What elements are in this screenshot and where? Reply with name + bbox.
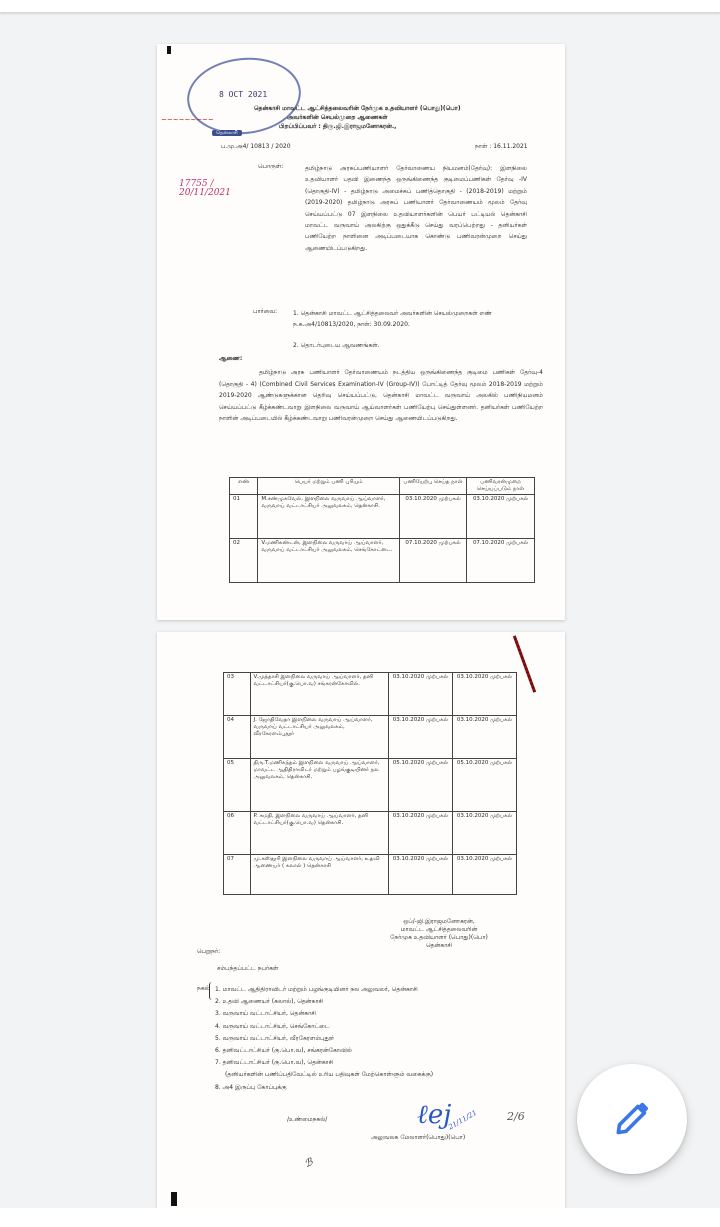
- row-name: V.முத்தாசி இளநிலை வருவாய் ஆய்வாளர், தனி …: [250, 673, 388, 716]
- copy-item: 7. தனிவட்டாட்சியர் (கு.பொ.வ), தென்காசி: [215, 1057, 433, 1069]
- copy-item: 1. மாவட்ட ஆதிதிராவிடர் மற்றும் பழங்குடிய…: [215, 984, 433, 996]
- row-regularised: 03.10.2020 முற்பகல்: [452, 716, 516, 759]
- reference-number: ப.மு.அ4/ 10813 / 2020: [221, 143, 291, 151]
- row-name: J. ஜோதிவேதா இளநிலை வருவாய் ஆய்வாளர், வரு…: [250, 716, 388, 759]
- reference-1: 1. தென்காசி மாவட்ட ஆட்சித்தலைவர் அவர்களி…: [293, 308, 527, 330]
- copy-item: 6. தனிவட்டாட்சியர் (கு.பொ.வ), சங்கரன்கோவ…: [215, 1045, 433, 1057]
- reference-label: பார்வை:: [253, 308, 277, 316]
- scan-mark: [167, 46, 171, 54]
- regularisation-table-part-2: 03 V.முத்தாசி இளநிலை வருவாய் ஆய்வாளர், த…: [223, 672, 517, 895]
- navigation-bar: [0, 1208, 720, 1227]
- col-joined: பணியேற்பு செய்த நாள்: [399, 478, 466, 495]
- row-joined: 03.10.2020 முற்பகல்: [399, 495, 466, 539]
- row-name: M.சண்முகவேல், இளநிலை வருவாய் ஆய்வாளர், வ…: [258, 495, 399, 539]
- table-row: 02 V.மணிகண்டன், இளநிலை வருவாய் ஆய்வாளர்,…: [230, 539, 535, 583]
- row-regularised: 07.10.2020 முற்பகல்: [467, 539, 535, 583]
- header-line-1: தென்காசி மாவட்ட ஆட்சித்தலைவரின் நேர்முக …: [254, 105, 461, 113]
- row-no: 06: [224, 812, 251, 855]
- signature-block: ஒப்/-ஜி.இராஜமனோகரன், மாவட்ட ஆட்சித்தலைவர…: [379, 918, 499, 950]
- copy-item: 5. வருவாய் வட்டாட்சியர், வீரகேரளம்புதூர்: [215, 1033, 433, 1045]
- stamp-place: தென்காசி: [212, 130, 242, 136]
- copy-item: 4. வருவாய் வட்டாட்சியர், செங்கோட்டை: [215, 1021, 433, 1033]
- stamp-date: 8 OCT 2021: [219, 90, 267, 99]
- copy-item-note: (தனியர்களின் பணிப்பதிவேட்டில் உரிய பதிவு…: [215, 1069, 433, 1081]
- subject-label: பொருள்:: [258, 163, 283, 171]
- copy-item: 2. உதவி ஆணையர் (கலால்), தென்காசி: [215, 996, 433, 1008]
- reference-2: 2. தொடர்புடைய ஆவணங்கள்.: [293, 342, 380, 350]
- table-row: 05 திரு.T.மணிகந்தம் இளநிலை வருவாய் ஆய்வா…: [224, 759, 517, 812]
- row-no: 07: [224, 855, 251, 895]
- document-page-1: 8 OCT 2021 தென்காசி ~~~~~~~~~ தென்காசி ம…: [157, 44, 565, 620]
- row-joined: 03.10.2020 முற்பகல்: [388, 855, 452, 895]
- copy-label: நகல்: [197, 985, 210, 993]
- row-joined: 05.10.2020 முற்பகல்: [388, 759, 452, 812]
- copy-item: 8. அ4 இருப்பு கோப்புக்கு: [215, 1082, 433, 1094]
- row-joined: 03.10.2020 முற்பகல்: [388, 716, 452, 759]
- row-no: 02: [230, 539, 258, 583]
- signature-line-2: மாவட்ட ஆட்சித்தலைவரின்: [379, 926, 499, 934]
- col-name: பெயர் மற்றும் பணி புரியும்: [258, 478, 399, 495]
- true-copy-mark: /உண்மைநகல்/: [287, 1116, 327, 1124]
- order-date: நாள் : 16.11.2021: [475, 143, 528, 151]
- row-regularised: 03.10.2020 முற்பகல்: [452, 855, 516, 895]
- order-label: ஆணை:: [219, 355, 242, 363]
- copy-list: 1. மாவட்ட ஆதிதிராவிடர் மற்றும் பழங்குடிய…: [215, 984, 433, 1094]
- row-name: P. சுமதி, இளநிலை வருவாய் ஆய்வாளர், தனி வ…: [250, 812, 388, 855]
- signature-line-4: தென்காசி: [379, 942, 499, 950]
- row-regularised: 05.10.2020 முற்பகல்: [452, 759, 516, 812]
- row-no: 04: [224, 716, 251, 759]
- regularisation-table-part-1: எண் பெயர் மற்றும் பணி புரியும் பணியேற்பு…: [229, 477, 535, 583]
- row-regularised: 03.10.2020 முற்பகல்: [452, 673, 516, 716]
- initials: ℬ: [303, 1157, 315, 1170]
- hand-underline: ~~~~~~~~~: [161, 116, 214, 124]
- row-joined: 03.10.2020 முற்பகல்: [388, 812, 452, 855]
- handwritten-note: 17755 / 20/11/2021: [179, 180, 219, 198]
- row-joined: 07.10.2020 முற்பகல்: [399, 539, 466, 583]
- table-row: 04 J. ஜோதிவேதா இளநிலை வருவாய் ஆய்வாளர், …: [224, 716, 517, 759]
- row-no: 05: [224, 759, 251, 812]
- row-regularised: 03.10.2020 முற்பகல்: [467, 495, 535, 539]
- page-mark: 2/6: [507, 1110, 525, 1123]
- recipient-label: பெறுநர்:: [197, 948, 220, 956]
- subject-text: தமிழ்நாடு அரசுப்பணியாளர் தேர்வாணைய நியமன…: [305, 163, 527, 254]
- row-name: திரு.T.மணிகந்தம் இளநிலை வருவாய் ஆய்வாளர்…: [250, 759, 388, 812]
- status-bar: [0, 0, 720, 13]
- signature-line-3: நேர்முக உதவியாளர் (பொது)(பொ): [379, 934, 499, 942]
- header-line-2: அவர்களின் செயல்முறை ஆணைகள்: [287, 114, 388, 122]
- officer-title: அலுவலக மேலாளர்(பொது)(பொ): [371, 1134, 465, 1142]
- table-row: 01 M.சண்முகவேல், இளநிலை வருவாய் ஆய்வாளர்…: [230, 495, 535, 539]
- row-name: மு.கஸ்தூரி இளநிலை வருவாய் ஆய்வாளர், உதவி…: [250, 855, 388, 895]
- header-line-3: பிறப்பிப்பவர் : திரு.ஜி.இராஜமனோகரன்.,: [279, 123, 396, 131]
- row-regularised: 03.10.2020 முற்பகல்: [452, 812, 516, 855]
- table-row: 06 P. சுமதி, இளநிலை வருவாய் ஆய்வாளர், தன…: [224, 812, 517, 855]
- row-no: 03: [224, 673, 251, 716]
- pencil-edit-icon: [612, 1099, 652, 1139]
- scan-mark: [171, 1192, 177, 1206]
- col-no: எண்: [230, 478, 258, 495]
- copy-item: 3. வருவாய் வட்டாட்சியர், தென்காசி: [215, 1008, 433, 1020]
- document-page-2: 03 V.முத்தாசி இளநிலை வருவாய் ஆய்வாளர், த…: [157, 632, 565, 1208]
- signature-date: 21/11/21: [447, 1109, 478, 1132]
- row-joined: 03.10.2020 முற்பகல்: [388, 673, 452, 716]
- col-regularised: பணிவரன்முறை செய்யப்படும் நாள்: [467, 478, 535, 495]
- officer-signature: ℓej: [417, 1100, 451, 1130]
- table-row: 07 மு.கஸ்தூரி இளநிலை வருவாய் ஆய்வாளர், உ…: [224, 855, 517, 895]
- recipient: சம்பந்தப்பட்ட நபர்கள்: [217, 965, 278, 973]
- row-no: 01: [230, 495, 258, 539]
- row-name: V.மணிகண்டன், இளநிலை வருவாய் ஆய்வாளர், வர…: [258, 539, 399, 583]
- table-row: 03 V.முத்தாசி இளநிலை வருவாய் ஆய்வாளர், த…: [224, 673, 517, 716]
- signature-line-1: ஒப்/-ஜி.இராஜமனோகரன்,: [379, 918, 499, 926]
- order-text: தமிழ்நாடு அரசு பணியாளர் தேர்வாணையம் நடத்…: [219, 367, 543, 425]
- edit-button[interactable]: [577, 1064, 687, 1174]
